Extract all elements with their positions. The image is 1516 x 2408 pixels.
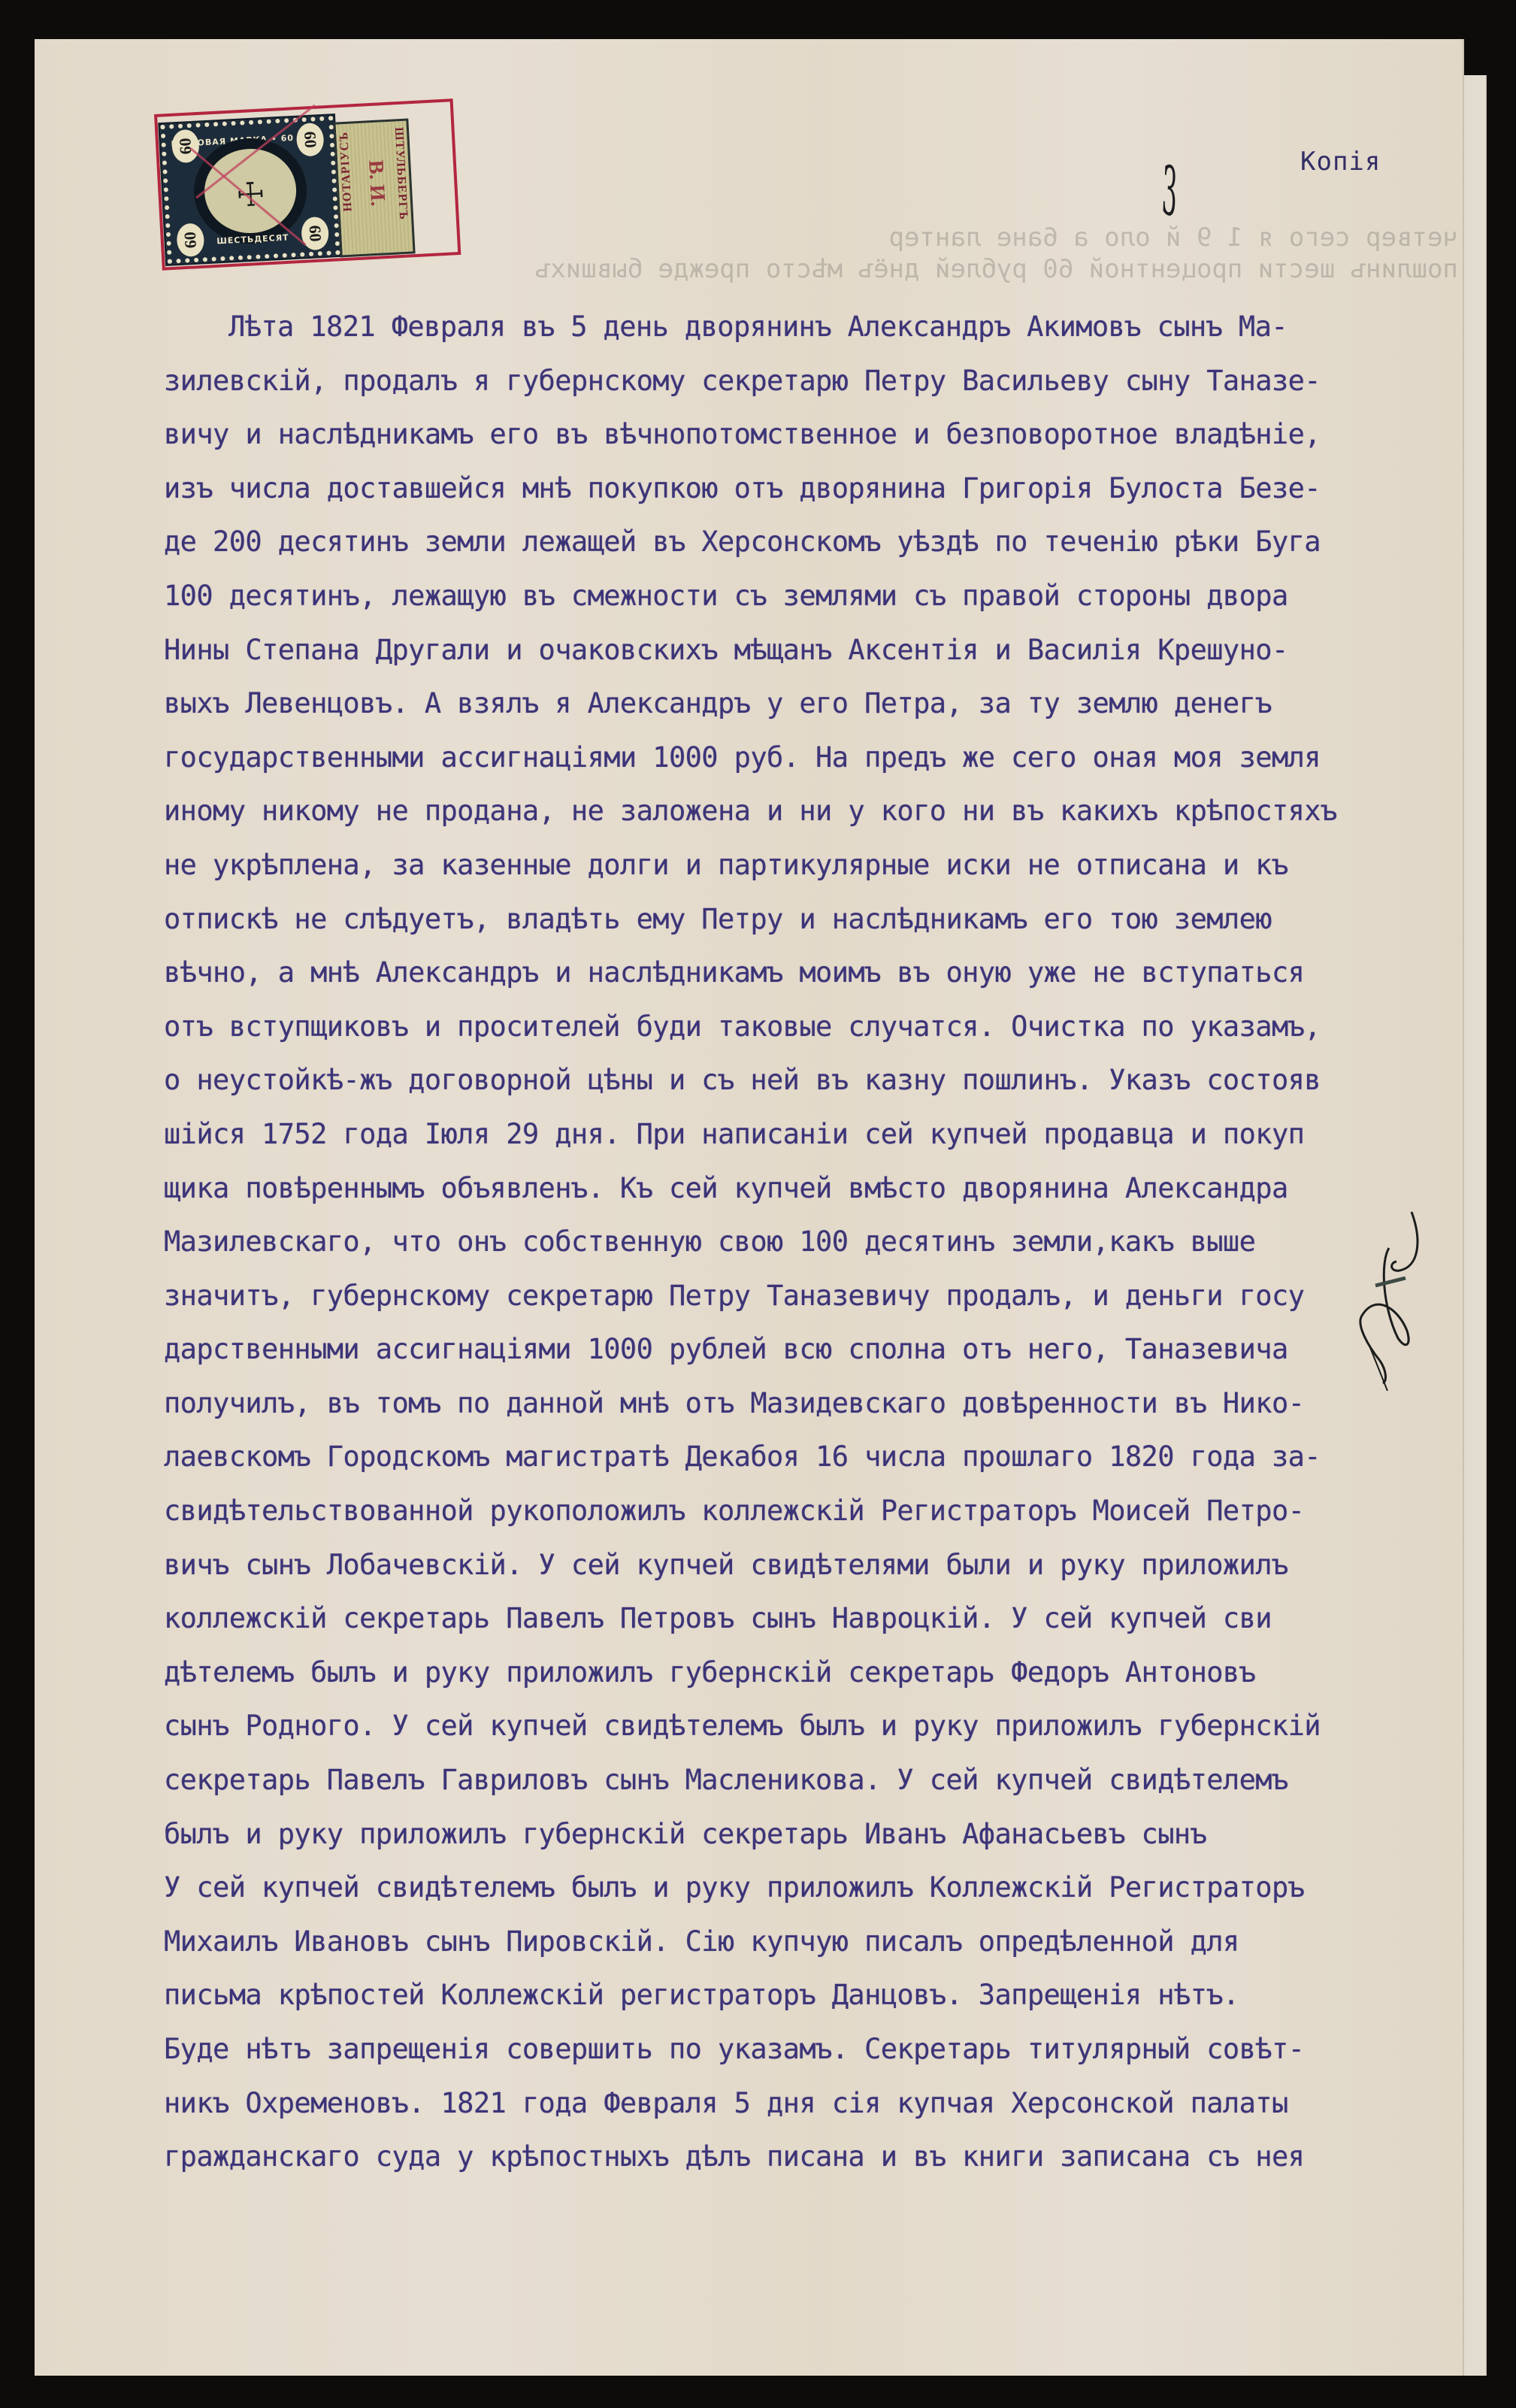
text-line: вичу и наслѣдникамъ его въ вѣчнопотомств… [164, 416, 1464, 470]
text-line: лаевскомъ Городскомъ магистратѣ Декабоя … [164, 1438, 1464, 1492]
text-line: Михаилъ Ивановъ сынъ Пировскій. Сію купч… [164, 1923, 1464, 1977]
text-line: никъ Охременовъ. 1821 года Февраля 5 дня… [164, 2085, 1464, 2139]
text-line: государственными ассигнаціями 1000 руб. … [164, 739, 1464, 793]
text-line: щика повѣреннымъ объявленъ. Къ сей купче… [164, 1170, 1464, 1224]
text-line: дѣтелемъ былъ и руку приложилъ губернскі… [164, 1654, 1464, 1708]
bleed-through-text: четвер сего я 1 9 й оло а 6ане лантер по… [286, 223, 1458, 286]
text-line: вичъ сынъ Лобачевскій. У сей купчей свид… [164, 1546, 1464, 1601]
text-line: иному никому не продана, не заложена и н… [164, 792, 1464, 847]
text-line: свидѣтельствованной рукоположилъ коллежс… [164, 1492, 1464, 1546]
revenue-stamp: ГЕРБОВАЯ МАРКА • 60 КОП. ☩ ШЕСТЬДЕСЯТ 60… [160, 116, 340, 264]
text-line: Нины Степана Другали и очаковскихъ мѣщан… [164, 632, 1464, 686]
stamp-denomination: 60 [171, 129, 200, 164]
text-line: былъ и руку приложилъ губернскій секрета… [164, 1816, 1464, 1870]
text-line: значитъ, губернскому секретарю Петру Тан… [164, 1277, 1464, 1331]
text-line: Лѣта 1821 Февраля въ 5 день дворянинъ Ал… [164, 308, 1464, 362]
notary-initials: В. И. [363, 159, 389, 207]
text-line: о неустойкѣ-жъ договорной цѣны и съ ней … [164, 1062, 1464, 1116]
text-line: отпискѣ не слѣдуетъ, владѣть ему Петру и… [164, 901, 1464, 955]
text-line: зилевскій, продалъ я губернскому секрета… [164, 362, 1464, 416]
bleed-line: пошлинъ шести процентной 60 рублей днёъ … [286, 254, 1458, 286]
text-line: гражданскаго суда у крѣпостныхъ дѣлъ пис… [164, 2138, 1464, 2192]
text-line: У сей купчей свидѣтелемъ былъ и руку при… [164, 1869, 1464, 1923]
text-line: дарственными ассигнаціями 1000 рублей вс… [164, 1331, 1464, 1385]
text-line: вѣчно, а мнѣ Александръ и наслѣдникамъ м… [164, 954, 1464, 1008]
document-body: Лѣта 1821 Февраля въ 5 день дворянинъ Ал… [164, 308, 1464, 2192]
text-line: 100 десятинъ, лежащую въ смежности съ зе… [164, 577, 1464, 632]
text-line: изъ числа доставшейся мнѣ покупкою отъ д… [164, 470, 1464, 524]
text-line: выхъ Левенцовъ. А взялъ я Александръ у е… [164, 685, 1464, 739]
text-line: не укрѣплена, за казенные долги и партик… [164, 847, 1464, 901]
stamp-denomination: 60 [176, 223, 204, 257]
text-line: Буде нѣтъ запрещенія совершить по указам… [164, 2031, 1464, 2085]
notary-stamp-tab: НОТАРІУСЪ В. И. ШТУЛЬБЕРГЪ [333, 119, 415, 258]
stamp-oval: ☩ [192, 135, 310, 247]
notary-title: НОТАРІУСЪ [337, 132, 356, 212]
text-line: секретарь Павелъ Гавриловъ сынъ Масленик… [164, 1761, 1464, 1816]
bleed-line: четвер сего я 1 9 й оло а 6ане лантер [286, 223, 1458, 254]
notary-name: ШТУЛЬБЕРГЪ [392, 127, 410, 221]
copy-label: Копія [1300, 147, 1381, 177]
handwritten-page-number: 3 [1160, 150, 1179, 233]
text-line: сынъ Родного. У сей купчей свидѣтелемъ б… [164, 1707, 1464, 1761]
text-line: шійся 1752 года Іюля 29 дня. При написан… [164, 1116, 1464, 1170]
text-line: Мазилевскаго, что онъ собственную свою 1… [164, 1223, 1464, 1277]
text-line: письма крѣпостей Коллежскій регистраторъ… [164, 1976, 1464, 2031]
text-line: отъ вступщиковъ и просителей буди таковы… [164, 1008, 1464, 1062]
text-line: де 200 десятинъ земли лежащей въ Херсонс… [164, 523, 1464, 577]
text-line: коллежскій секретарь Павелъ Петровъ сынъ… [164, 1600, 1464, 1654]
stamp-denomination: 60 [295, 123, 324, 157]
handwritten-signature-icon [1353, 1195, 1436, 1391]
text-line: получилъ, въ томъ по данной мнѣ отъ Мази… [164, 1385, 1464, 1439]
